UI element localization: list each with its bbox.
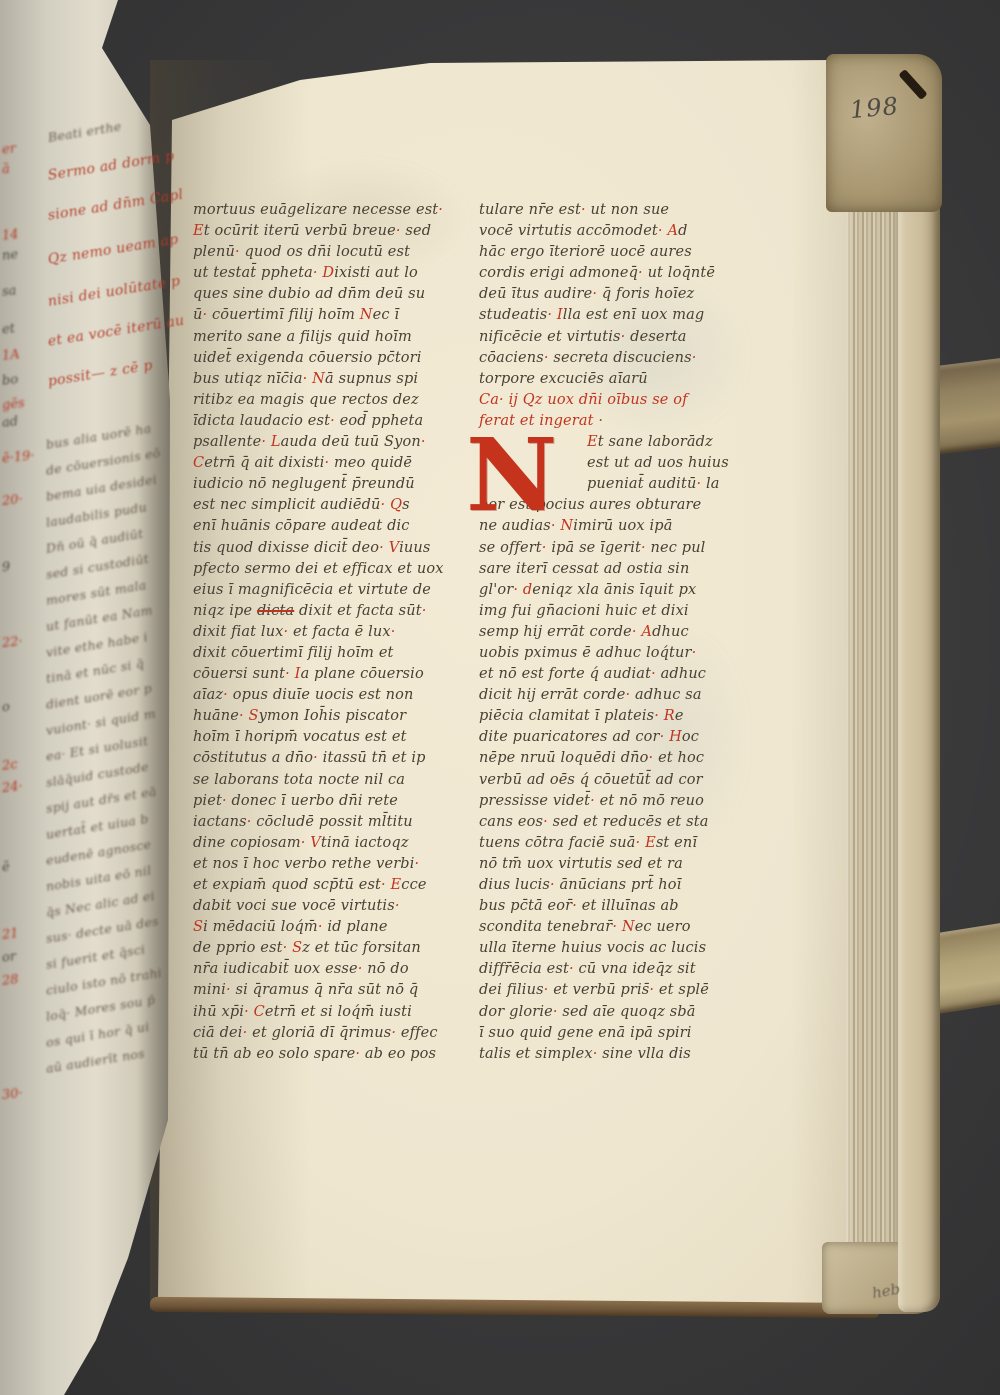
manuscript-line: piet· donec ī uerbo dn̄i rete <box>193 791 455 812</box>
ink-text: imirū uox ipā <box>573 518 672 534</box>
manuscript-line: semp hij errāt corde· Adhuc <box>479 622 769 643</box>
manuscript-line: tulare nr̄e est· ut non sue <box>479 200 769 221</box>
manuscript-line: nō tm̄ uox virtutis sed et ra <box>479 854 769 875</box>
ink-text: ymon Ioh̄is piscator <box>259 708 407 724</box>
ink-text: nēpe nruū loquēdi dn̄o· et hoc <box>479 750 704 766</box>
manuscript-line: tū tn̄ ab eo solo spare· ab eo pos <box>193 1044 455 1065</box>
red-punctus: · <box>261 434 266 450</box>
ink-text: dite puaricatores ad cor· <box>479 729 669 745</box>
rubricated-letter: N <box>622 919 635 935</box>
rubric-line: Ca· ij Qz uox dn̄i oībus se of <box>479 390 769 411</box>
ink-text: dius lucis· ānūcians prt̄ hoī <box>479 877 681 893</box>
rubricated-letter: E <box>587 434 598 450</box>
folio-number: 198 <box>849 92 900 124</box>
ink-text: pueniat̄ auditū· la <box>587 476 720 492</box>
red-punctus: · <box>592 286 597 302</box>
red-punctus: · <box>303 371 308 387</box>
red-punctus: · <box>330 413 335 429</box>
ink-text: tis quod dixisse dicit̄ deo· <box>193 540 389 556</box>
manuscript-line: merito sane a filijs quid hoīm <box>193 327 455 348</box>
ink-text: cōaciens· secreta discuciens· <box>479 350 697 366</box>
ink-text: iactans· cōcludē possit ml̄titu <box>193 814 413 830</box>
manuscript-line: niqz ipe dicta dixit et facta sūt· <box>193 601 455 622</box>
manuscript-line: ū· cōuertimī filij hoīm Nec ī <box>193 305 455 326</box>
ink-text: bus utiqz nīc̄ia· <box>193 371 312 387</box>
manuscript-line: nificēcie et virtutis· deserta <box>479 327 769 348</box>
ink-text: a plane cōuersio <box>301 666 424 682</box>
red-punctus: · <box>542 540 547 556</box>
book-cover-edge <box>898 62 940 1312</box>
manuscript-line: img fui gn̄acioni huic et dixi <box>479 601 769 622</box>
rubricated-letter: S <box>193 919 203 935</box>
ink-text: dei filius· et verbū pris̄· et splē <box>479 982 709 998</box>
red-punctus: · <box>621 329 626 345</box>
red-punctus: · <box>550 877 555 893</box>
red-punctus: · <box>395 898 400 914</box>
red-punctus: · <box>660 729 665 745</box>
red-punctus: · <box>626 687 631 703</box>
manuscript-line: enī huānis cōpare audeat dic <box>193 516 455 537</box>
ink-text: ut testat̄ ppheta· <box>193 265 322 281</box>
red-punctus: · <box>381 877 386 893</box>
rubricated-letter: E <box>391 877 402 893</box>
ink-text: tū tn̄ ab eo solo spare· ab eo pos <box>193 1046 436 1062</box>
ink-text: dixit cōuertimī filij hoīm et <box>193 645 394 661</box>
ink-text: ciā dei· et gloriā dī q̄rimus· effec <box>193 1025 438 1041</box>
manuscript-line: dabit voci sue vocē virtutis· <box>193 896 455 917</box>
manuscript-line: mini· si q̄ramus q̄ nr̄a sūt nō q̄ <box>193 980 455 1001</box>
illuminated-initial: N <box>466 432 557 518</box>
rubricated-letter: A <box>667 223 678 239</box>
red-punctus: · <box>649 982 654 998</box>
manuscript-line: talis et simplex· sine vlla dis <box>479 1044 769 1065</box>
red-punctus: · <box>396 223 401 239</box>
red-punctus: · <box>513 582 518 598</box>
ink-text: psallente· <box>193 434 271 450</box>
ink-text: ihū xp̄i· <box>193 1004 254 1020</box>
manuscript-line: cōaciens· secreta discuciens· <box>479 348 769 369</box>
manuscript-line: cōstitutus a dn̄o· itassū tn̄ et ip <box>193 748 455 769</box>
rubricated-letter: S <box>292 940 302 956</box>
ink-text: tuens cōtra faciē suā· <box>479 835 645 851</box>
ink-text: enī huānis cōpare audeat dic <box>193 518 410 534</box>
red-punctus: · <box>581 202 586 218</box>
red-punctus: · <box>318 919 323 935</box>
ink-text: nr̄a iudicabit̄ uox esse· nō do <box>193 961 409 977</box>
rubricated-letter: E <box>645 835 656 851</box>
manuscript-line: Si mēdaciū loq́m̄· id plane <box>193 917 455 938</box>
red-punctus: · <box>301 835 306 851</box>
ink-text: deū ītus audire· q̄ foris hoīez <box>479 286 694 302</box>
manuscript-line: ritibz ea magis que rectos dez <box>193 390 455 411</box>
ink-text: ec ī <box>373 307 400 323</box>
red-punctus: · <box>547 307 552 323</box>
ink-text: oc <box>682 729 699 745</box>
rubricated-letter: C <box>193 455 204 471</box>
rubricated-letter: N <box>360 307 373 323</box>
manuscript-line: dixit cōuertimī filij hoīm et <box>193 643 455 664</box>
ink-text: ā supnus spi <box>325 371 418 387</box>
ink-text: e <box>675 708 684 724</box>
ink-text: iuus <box>399 540 430 556</box>
ink-text: est ut ad uos huius <box>587 455 729 471</box>
ink-text: ixisti aut lo <box>334 265 418 281</box>
ink-text: dhuc <box>652 624 689 640</box>
ink-text: talis et simplex· sine vlla dis <box>479 1046 691 1062</box>
red-punctus: · <box>283 940 288 956</box>
red-punctus: · <box>651 666 656 682</box>
ink-text: studeatis· <box>479 307 557 323</box>
ink-text: uidet̄ exigenda cōuersio pc̄tori <box>193 350 422 366</box>
manuscript-line: et nos ī hoc verbo rethe verbi· <box>193 854 455 875</box>
red-punctus: · <box>284 624 289 640</box>
red-punctus: · <box>692 645 697 661</box>
manuscript-line: aīaz· opus diuīe uocis est non <box>193 685 455 706</box>
ink-text: hoīm ī horipm̄ vocatus est et <box>193 729 407 745</box>
ink-text: z et tūc forsitan <box>302 940 421 956</box>
ink-text: t sane laborādz <box>598 434 713 450</box>
manuscript-line: tuens cōtra faciē suā· Est enī <box>479 833 769 854</box>
cover-board-corner <box>826 54 942 212</box>
rubricated-letter: R <box>664 708 675 724</box>
manuscript-line: Cetrn̄ q̄ ait dixisti· meo quidē <box>193 453 455 474</box>
text-column-left: mortuus euāgelizare necesse est·Et ocūri… <box>193 200 455 1065</box>
ink-text: aīaz· opus diuīe uocis est non <box>193 687 414 703</box>
ink-text: nō tm̄ uox virtutis sed et ra <box>479 856 683 872</box>
red-punctus: · <box>553 1004 558 1020</box>
red-punctus: · <box>692 350 697 366</box>
ink-text: t ocūrit iterū verbū breue· sed <box>204 223 431 239</box>
manuscript-line: plenū· quod os dn̄i locutū est <box>193 242 455 263</box>
struck-word: dicta <box>257 603 294 619</box>
manuscript-line: de pprio est· Sz et tūc forsitan <box>193 938 455 959</box>
ink-text: auda deū tuū Syon· <box>281 434 426 450</box>
manuscript-line: diffr̄ēcia est· cū vna ideq̄z sit <box>479 959 769 980</box>
ink-text: niqz ipe <box>193 603 257 619</box>
manuscript-line: dius lucis· ānūcians prt̄ hoī <box>479 875 769 896</box>
manuscript-line: psallente· Lauda deū tuū Syon· <box>193 432 455 453</box>
red-punctus: · <box>381 497 386 513</box>
manuscript-line: nr̄a iudicabit̄ uox esse· nō do <box>193 959 455 980</box>
ink-text: cans eos· sed et reducēs et sta <box>479 814 709 830</box>
strap-slit <box>898 69 927 100</box>
manuscript-line: studeatis· Illa est enī uox mag <box>479 305 769 326</box>
manuscript-line: eius ī magnificēcia et virtute de <box>193 580 455 601</box>
red-punctus: · <box>379 540 384 556</box>
ink-text: et nō est forte q́ audiat· adhuc <box>479 666 706 682</box>
red-punctus: · <box>572 898 577 914</box>
ink-text: et nos ī hoc verbo rethe verbi· <box>193 856 419 872</box>
ink-text: ritibz ea magis que rectos dez <box>193 392 419 408</box>
ink-text: bus pc̄tā eor̄· et illuīnas ab <box>479 898 679 914</box>
manuscript-line: dine copiosam· Vtinā iactoqz <box>193 833 455 854</box>
red-punctus: · <box>226 982 231 998</box>
ink-text: merito sane a filijs quid hoīm <box>193 329 412 345</box>
ink-text: piet· donec ī uerbo dn̄i rete <box>193 793 398 809</box>
red-punctus: · <box>239 708 244 724</box>
red-punctus: · <box>222 793 227 809</box>
ink-text: pressisse videt̄· et nō mō reuo <box>479 793 704 809</box>
manuscript-line: dite puaricatores ad cor· Hoc <box>479 727 769 748</box>
manuscript-line: vocē virtutis accōmodet· Ad <box>479 221 769 242</box>
manuscript-line: ut testat̄ ppheta· Dixisti aut lo <box>193 263 455 284</box>
ink-text: dixit fiat lux· et facta ē lux· <box>193 624 395 640</box>
ink-text: img fui gn̄acioni huic et dixi <box>479 603 689 619</box>
manuscript-line: hāc ergo īteriorē uocē aures <box>479 242 769 263</box>
ink-text: hāc ergo īteriorē uocē aures <box>479 244 692 260</box>
ink-text: plenū· quod os dn̄i locutū est <box>193 244 410 260</box>
manuscript-line: nēpe nruū loquēdi dn̄o· et hoc <box>479 748 769 769</box>
manuscript-line: dicit hij errāt corde· adhuc sa <box>479 685 769 706</box>
ink-text: īdicta laudacio est· eod̄ ppheta <box>193 413 423 429</box>
red-punctus: · <box>415 856 420 872</box>
ink-text: dor glorie· sed aīe quoqz sbā <box>479 1004 696 1020</box>
red-punctus: · <box>421 434 426 450</box>
red-punctus: · <box>244 1004 249 1020</box>
manuscript-line: Et sane laborādz <box>587 432 769 453</box>
red-punctus: · <box>285 666 290 682</box>
red-punctus: · <box>636 835 641 851</box>
red-punctus: · <box>313 750 318 766</box>
ink-text: scondita tenebrar̄· <box>479 919 622 935</box>
ink-text: uobis pximus ē adhuc loq́tur· <box>479 645 696 661</box>
ink-text: st enī <box>656 835 697 851</box>
red-punctus: · <box>325 455 330 471</box>
ink-text: pfecto sermo dei et efficax et uox <box>193 561 444 577</box>
red-punctus: · <box>569 961 574 977</box>
rubricated-letter: d <box>523 582 532 598</box>
manuscript-line: pfecto sermo dei et efficax et uox <box>193 559 455 580</box>
red-punctus: · <box>235 244 240 260</box>
ink-text: dixit et facta sūt· <box>294 603 426 619</box>
ink-text: dine copiosam· <box>193 835 310 851</box>
ink-text: i mēdaciū loq́m̄· id plane <box>203 919 387 935</box>
ink-text: dicit hij errāt corde· adhuc sa <box>479 687 702 703</box>
red-punctus: · <box>313 265 318 281</box>
ink-text: mortuus euāgelizare necesse est· <box>193 202 443 218</box>
ink-text: s <box>402 497 410 513</box>
manuscript-line: uobis pximus ē adhuc loq́tur· <box>479 643 769 664</box>
manuscript-line: cans eos· sed et reducēs et sta <box>479 812 769 833</box>
rubricated-letter: L <box>271 434 281 450</box>
manuscript-line: cordis erigi admoneq̄· ut loq̄ntē <box>479 263 769 284</box>
ink-text: cce <box>401 877 426 893</box>
manuscript-line: verbū ad oēs q́ cōuetūt̄ ad cor <box>479 770 769 791</box>
manuscript-line: et nō est forte q́ audiat· adhuc <box>479 664 769 685</box>
manuscript-line: iactans· cōcludē possit ml̄titu <box>193 812 455 833</box>
rubricated-letter: N <box>312 371 325 387</box>
ink-text: iudicio nō neglugent̄ p̄reundū <box>193 476 415 492</box>
manuscript-line: iudicio nō neglugent̄ p̄reundū <box>193 474 455 495</box>
red-punctus: · <box>422 603 427 619</box>
manuscript-line: bus utiqz nīc̄ia· Nā supnus spi <box>193 369 455 390</box>
manuscript-line: scondita tenebrar̄· Nec uero <box>479 917 769 938</box>
manuscript-line: dor glorie· sed aīe quoqz sbā <box>479 1002 769 1023</box>
red-punctus: · <box>649 750 654 766</box>
red-punctus: · <box>641 540 646 556</box>
manuscript-line: pueniat̄ auditū· la <box>587 474 769 495</box>
manuscript-line: pressisse videt̄· et nō mō reuo <box>479 791 769 812</box>
ink-text: ques sine dubio ad dn̄m deū su <box>193 286 425 302</box>
red-punctus: · <box>632 624 637 640</box>
ink-text: semp hij errāt corde· <box>479 624 641 640</box>
manuscript-line: Et ocūrit iterū verbū breue· sed <box>193 221 455 242</box>
manuscript-line: ihū xp̄i· Cetrn̄ et si loq́m̄ iusti <box>193 1002 455 1023</box>
red-punctus: · <box>544 350 549 366</box>
ink-text: torpore excuciēs aīarū <box>479 371 648 387</box>
rubricated-letter: D <box>322 265 334 281</box>
red-punctus: · <box>499 392 504 408</box>
manuscript-line: hoīm ī horipm̄ vocatus est et <box>193 727 455 748</box>
ink-text: nificēcie et virtutis· deserta <box>479 329 687 345</box>
manuscript-line: ques sine dubio ad dn̄m deū su <box>193 284 455 305</box>
manuscript-line: deū ītus audire· q̄ foris hoīez <box>479 284 769 305</box>
manuscript-line: huāne· Symon Ioh̄is piscator <box>193 706 455 727</box>
ink-text: dabit voci sue vocē virtutis· <box>193 898 400 914</box>
ink-text: tulare nr̄e est· ut non sue <box>479 202 669 218</box>
ink-text: se laborans tota nocte nil ca <box>193 772 405 788</box>
book-fore-edge <box>846 72 902 1308</box>
red-punctus: · <box>638 265 643 281</box>
ink-text: vocē virtutis accōmodet· <box>479 223 667 239</box>
text-column-right: tulare nr̄e est· ut non suevocē virtutis… <box>479 200 769 1065</box>
ink-text: ī suo quid gene enā ipā spiri <box>479 1025 692 1041</box>
manuscript-line: se offert· ipā se īgerit· nec pul <box>479 538 769 559</box>
ink-text: diffr̄ēcia est· cū vna ideq̄z sit <box>479 961 696 977</box>
red-punctus: · <box>391 624 396 640</box>
manuscript-line: torpore excuciēs aīarū <box>479 369 769 390</box>
red-punctus: · <box>593 1046 598 1062</box>
manuscript-photo: Beati ertheSermo ad dorm psione ad dn̄m … <box>0 0 1000 1395</box>
ink-text: ulla īterne huius vocis ac lucis <box>479 940 706 956</box>
red-punctus: · <box>590 793 595 809</box>
rubricated-letter: Q <box>390 497 402 513</box>
ink-text: etrn̄ q̄ ait dixisti· meo quidē <box>204 455 412 471</box>
ink-text: sare iterī cessat ad ostia sin <box>479 561 689 577</box>
ink-text: Ca· ij Qz uox dn̄i oībus se of <box>479 392 688 408</box>
manuscript-line: gl'or· deniqz xla ānis īquit px <box>479 580 769 601</box>
manuscript-line: ulla īterne huius vocis ac lucis <box>479 938 769 959</box>
rubricated-letter: A <box>641 624 652 640</box>
previous-leaf-edge <box>0 0 182 1395</box>
ink-text: lla est enī uox mag <box>563 307 705 323</box>
red-punctus: · <box>358 961 363 977</box>
ink-text: tinā iactoqz <box>321 835 409 851</box>
red-punctus: · <box>544 982 549 998</box>
manuscript-line: dixit fiat lux· et facta ē lux· <box>193 622 455 643</box>
manuscript-line: est ut ad uos huius <box>587 453 769 474</box>
red-punctus: · <box>658 223 663 239</box>
manuscript-line: mortuus euāgelizare necesse est· <box>193 200 455 221</box>
rubricated-letter: C <box>254 1004 265 1020</box>
manuscript-line: piēcia clamitat ī plateis· Re <box>479 706 769 727</box>
ink-text: gl'or· <box>479 582 523 598</box>
red-punctus: · <box>203 307 208 323</box>
ink-text: ec uero <box>635 919 691 935</box>
ink-text: ū· cōuertimī filij hoīm <box>193 307 360 323</box>
rubricated-letter: H <box>669 729 682 745</box>
ink-text: mini· si q̄ramus q̄ nr̄a sūt nō q̄ <box>193 982 418 998</box>
rubricated-letter: V <box>310 835 321 851</box>
manuscript-line: bus pc̄tā eor̄· et illuīnas ab <box>479 896 769 917</box>
manuscript-line: uidet̄ exigenda cōuersio pc̄tori <box>193 348 455 369</box>
manuscript-line: tis quod dixisse dicit̄ deo· Viuus <box>193 538 455 559</box>
red-punctus: · <box>438 202 443 218</box>
manuscript-line: ī suo quid gene enā ipā spiri <box>479 1023 769 1044</box>
red-punctus: · <box>355 1046 360 1062</box>
manuscript-line: īdicta laudacio est· eod̄ ppheta <box>193 411 455 432</box>
red-punctus: · <box>612 919 617 935</box>
manuscript-line: se laborans tota nocte nil ca <box>193 770 455 791</box>
ink-text: eius ī magnificēcia et virtute de <box>193 582 431 598</box>
ink-text: de pprio est· <box>193 940 292 956</box>
rubricated-letter: S <box>249 708 259 724</box>
manuscript-line: sare iterī cessat ad ostia sin <box>479 559 769 580</box>
red-punctus: · <box>598 413 603 429</box>
ink-text: huāne· <box>193 708 249 724</box>
ink-text: etrn̄ et si loq́m̄ iusti <box>265 1004 412 1020</box>
ink-text: est nec simplicit audiēdū· <box>193 497 390 513</box>
red-punctus: · <box>247 814 252 830</box>
ink-text: eniqz xla ānis īquit px <box>532 582 696 598</box>
rubricated-letter: V <box>389 540 399 556</box>
ink-text: et expiam̄ quod scp̄tū est· <box>193 877 391 893</box>
red-punctus: · <box>391 1025 396 1041</box>
rubricated-letter: E <box>193 223 204 239</box>
red-punctus: · <box>654 708 659 724</box>
ink-text: d <box>678 223 687 239</box>
manuscript-line: ciā dei· et gloriā dī q̄rimus· effec <box>193 1023 455 1044</box>
ink-text: se offert· ipā se īgerit· nec pul <box>479 540 705 556</box>
rubricated-letter: N <box>560 518 573 534</box>
ink-text: cōuersi sunt· <box>193 666 295 682</box>
red-punctus: · <box>223 687 228 703</box>
ink-text: verbū ad oēs q́ cōuetūt̄ ad cor <box>479 772 703 788</box>
manuscript-line: est nec simplicit audiēdū· Qs <box>193 495 455 516</box>
manuscript-line: et expiam̄ quod scp̄tū est· Ecce <box>193 875 455 896</box>
manuscript-line: dei filius· et verbū pris̄· et splē <box>479 980 769 1001</box>
ink-text: cōstitutus a dn̄o· itassū tn̄ et ip <box>193 750 426 766</box>
red-punctus: · <box>543 814 548 830</box>
red-punctus: · <box>696 476 701 492</box>
manuscript-line: cōuersi sunt· Ia plane cōuersio <box>193 664 455 685</box>
red-punctus: · <box>243 1025 248 1041</box>
ink-text: cordis erigi admoneq̄· ut loq̄ntē <box>479 265 715 281</box>
ink-text: piēcia clamitat ī plateis· <box>479 708 664 724</box>
